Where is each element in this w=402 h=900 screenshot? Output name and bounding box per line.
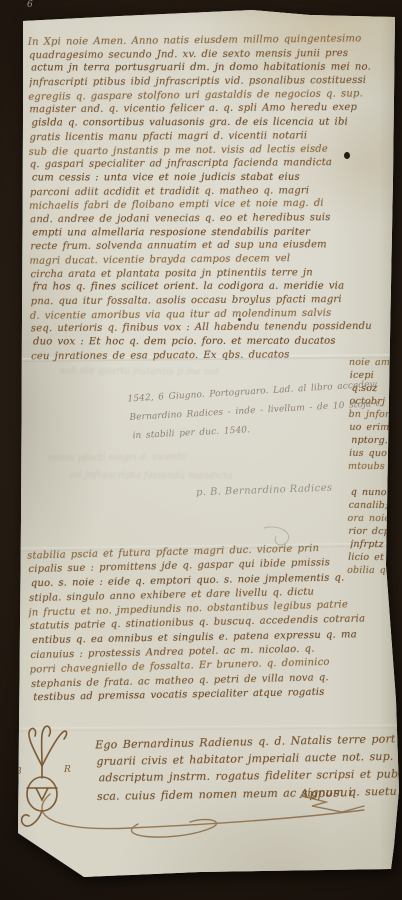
margin-fragment-line: mtoubs (348, 460, 398, 473)
manuscript-line: gislda q. consortibus valuasonis gra. de… (31, 116, 375, 131)
manuscript-line: and. andree de jodani venecias q. eo et … (30, 211, 374, 227)
margin-fragment-line: rior dcp (348, 525, 398, 538)
manuscript-body-block-1: In Xpi noie Amen. Anno natis eiusdem mil… (29, 33, 375, 364)
bleedthrough-text: ad jnfrascripta facienda mandicta (70, 470, 233, 482)
margin-fragment-line: ius quo (349, 447, 399, 460)
manuscript-line: fra hos q. fines scilicet orient. la cod… (33, 280, 377, 295)
manuscript-line: empti una almellaria resposione stendabi… (32, 225, 376, 240)
manuscript-line: actum jn terra portusgruarii dm. jn domo… (31, 61, 375, 76)
manuscript-line: cum cessis : unta vice et noie judicis s… (32, 170, 376, 185)
manuscript-line: sub die quarto jnstantis p me not. visis… (29, 142, 373, 159)
manuscript-line: duo vox : Et hoc q. dem pcio. foro. et m… (33, 335, 377, 350)
archivist-annotation: 1542, 6 Giugno. Portogruaro. Lad. al lib… (128, 376, 381, 447)
bleedthrough-text: manu pfacti magri d. vicentii (48, 451, 187, 463)
margin-fragment-line: noie am (349, 356, 399, 369)
sign-letter-right: R (63, 765, 71, 775)
pencil-signature: p. B. Bernardino Radices (196, 483, 333, 499)
manuscript-sheet: sub die quarto jnstantis p me not manu p… (0, 0, 402, 900)
manuscript-body-block-2: stabilia pscia et futura pfacte magri du… (28, 541, 381, 706)
margin-fragment-line: ora noie (348, 512, 398, 525)
margin-fragment-line: q nuno (351, 486, 401, 500)
manuscript-line: ceu jnrationes de esa pducato. Ex qbs. d… (31, 348, 375, 364)
margin-fragment-line (349, 473, 399, 486)
sign-letter-left: B (14, 767, 22, 777)
manuscript-photo: 6 sub die quarto jnstantis p me not manu… (0, 0, 402, 900)
bleedthrough-text: sub die quarto jnstantis p me not (60, 365, 220, 377)
margin-fragment-line: nptorg. (351, 434, 401, 448)
pen-flourish (20, 788, 390, 858)
margin-fragment-line: canalib; (349, 499, 399, 512)
